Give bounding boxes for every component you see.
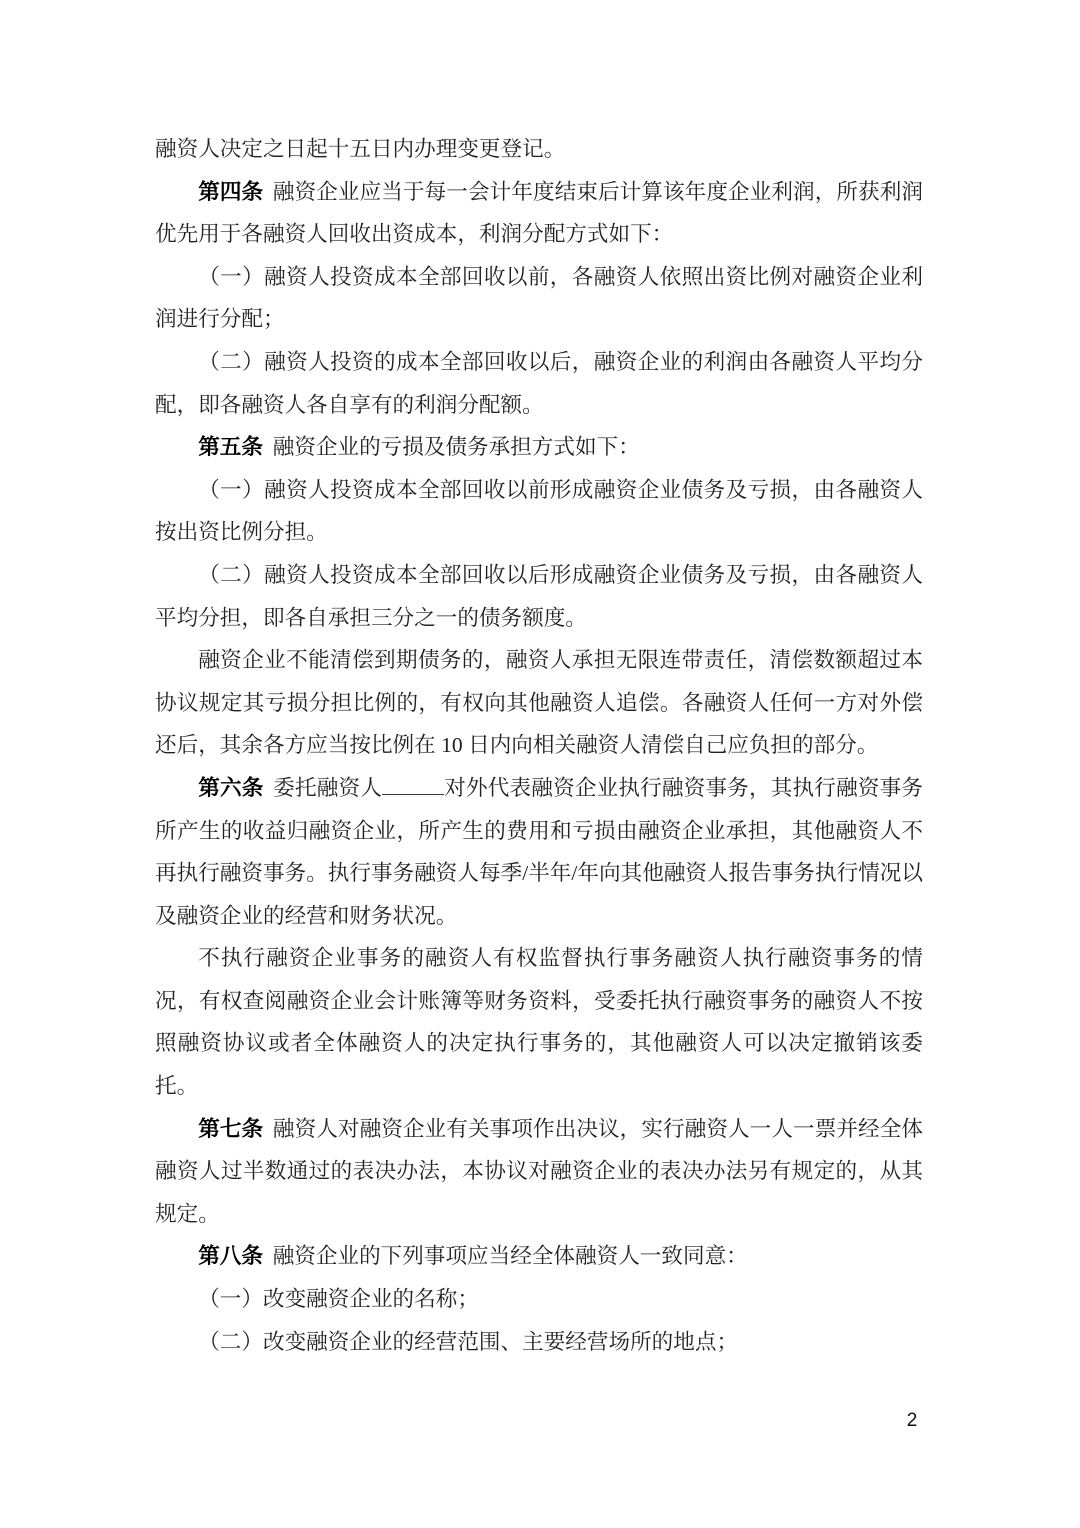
paragraph-continuation: 融资人决定之日起十五日内办理变更登记。 bbox=[155, 128, 923, 171]
article-7-text: 融资人对融资企业有关事项作出决议，实行融资人一人一票并经全体融资人过半数通过的表… bbox=[155, 1117, 923, 1226]
paragraph-article-8: 第八条融资企业的下列事项应当经全体融资人一致同意： bbox=[155, 1235, 923, 1278]
page-number: 2 bbox=[901, 1410, 923, 1432]
article-7-heading: 第七条 bbox=[198, 1116, 263, 1141]
paragraph-article-6: 第六条委托融资人对外代表融资企业执行融资事务，其执行融资事务所产生的收益归融资企… bbox=[155, 767, 923, 937]
page-footer: 2 bbox=[0, 1410, 1080, 1440]
article-4-text: 融资企业应当于每一会计年度结束后计算该年度企业利润，所获利润优先用于各融资人回收… bbox=[155, 180, 923, 247]
paragraph-supervision: 不执行融资企业事务的融资人有权监督执行事务融资人执行融资事务的情况，有权查阅融资… bbox=[155, 937, 923, 1107]
paragraph-article-4: 第四条融资企业应当于每一会计年度结束后计算该年度企业利润，所获利润优先用于各融资… bbox=[155, 171, 923, 256]
article-8-heading: 第八条 bbox=[198, 1243, 263, 1268]
paragraph-article-8-item-1: （一）改变融资企业的名称； bbox=[155, 1278, 923, 1321]
paragraph-debt-liability: 融资企业不能清偿到期债务的，融资人承担无限连带责任，清偿数额超过本协议规定其亏损… bbox=[155, 639, 923, 767]
paragraph-article-7: 第七条融资人对融资企业有关事项作出决议，实行融资人一人一票并经全体融资人过半数通… bbox=[155, 1108, 923, 1236]
article-5-heading: 第五条 bbox=[198, 434, 263, 459]
article-6-heading: 第六条 bbox=[198, 775, 263, 800]
paragraph-article-4-item-2: （二）融资人投资的成本全部回收以后，融资企业的利润由各融资人平均分配，即各融资人… bbox=[155, 341, 923, 426]
paragraph-article-5-item-2: （二）融资人投资成本全部回收以后形成融资企业债务及亏损，由各融资人平均分担，即各… bbox=[155, 554, 923, 639]
paragraph-article-5: 第五条融资企业的亏损及债务承担方式如下： bbox=[155, 426, 923, 469]
paragraph-article-5-item-1: （一）融资人投资成本全部回收以前形成融资企业债务及亏损，由各融资人按出资比例分担… bbox=[155, 469, 923, 554]
paragraph-article-4-item-1: （一）融资人投资成本全部回收以前，各融资人依照出资比例对融资企业利润进行分配； bbox=[155, 256, 923, 341]
article-6-text-before-blank: 委托融资人 bbox=[273, 776, 382, 800]
document-body: 融资人决定之日起十五日内办理变更登记。 第四条融资企业应当于每一会计年度结束后计… bbox=[155, 128, 923, 1363]
paragraph-article-8-item-2: （二）改变融资企业的经营范围、主要经营场所的地点； bbox=[155, 1321, 923, 1364]
article-5-text: 融资企业的亏损及债务承担方式如下： bbox=[273, 435, 640, 459]
document-page: 融资人决定之日起十五日内办理变更登记。 第四条融资企业应当于每一会计年度结束后计… bbox=[0, 0, 1080, 1528]
article-6-text-after-blank: 对外代表融资企业执行融资事务，其执行融资事务所产生的收益归融资企业，所产生的费用… bbox=[155, 776, 923, 928]
article-4-heading: 第四条 bbox=[198, 179, 263, 204]
fill-in-blank bbox=[382, 789, 444, 795]
article-8-text: 融资企业的下列事项应当经全体融资人一致同意： bbox=[273, 1244, 748, 1268]
